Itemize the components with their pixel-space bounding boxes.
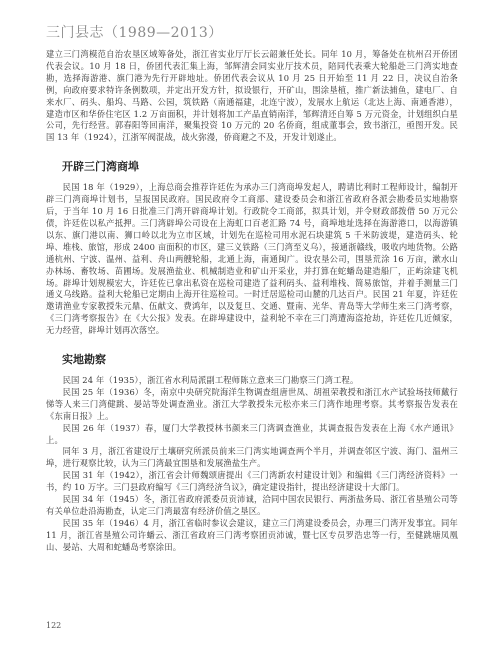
section-heading: 开辟三门湾商埠 — [62, 158, 458, 174]
page-body: 建立三门湾模范自治农垦区域筹备处，浙江省实业厅厅长云韶兼任处长。同年 10 月，… — [46, 49, 458, 554]
paragraph: 民国 26 年（1937）春，厦门大学教授林书颜来三门湾调查渔业，其调查报告发表… — [46, 423, 458, 447]
page-number: 122 — [46, 621, 61, 630]
paragraph: 民国 34 年（1945）冬，浙江省政府派委员贡沛诚，洽同中国农民银行、两浙盐务… — [46, 494, 458, 518]
section-field-survey: 实地勘察 民国 24 年（1935），浙江省水利局派副工程师陈立意来三门勘察三门… — [46, 351, 458, 554]
section-intro: 建立三门湾模范自治农垦区域筹备处，浙江省实业厅厅长云韶兼任处长。同年 10 月，… — [46, 49, 458, 144]
paragraph: 民国 31 年（1942），浙江省会计师魏颂唐提出《三门湾新农村建设计划》和编辑… — [46, 470, 458, 494]
paragraph: 民国 25 年（1936）冬，南京中央研究院海洋生物调查组唐世凤、胡祖荣教授和浙… — [46, 387, 458, 423]
paragraph: 同年 3 月，浙江省建设厅土壤研究所派员前来三门湾实地调查两个半月，并调查邻区宁… — [46, 446, 458, 470]
paragraph: 建立三门湾模范自治农垦区域筹备处，浙江省实业厅厅长云韶兼任处长。同年 10 月，… — [46, 49, 458, 144]
paragraph: 民国 35 年（1946）4 月，浙江省临时参议会建议，建立三门湾建设委员会，办… — [46, 518, 458, 554]
paragraph: 民国 18 年（1929），上海总商会推荐许廷佐为承办三门湾商埠发起人，聘请比利… — [46, 182, 458, 337]
section-heading: 实地勘察 — [62, 351, 458, 367]
section-commercial-port: 开辟三门湾商埠 民国 18 年（1929），上海总商会推荐许廷佐为承办三门湾商埠… — [46, 158, 458, 337]
running-header: 三门县志（1989—2013） — [46, 22, 223, 42]
paragraph: 民国 24 年（1935），浙江省水利局派副工程师陈立意来三门勘察三门湾工程。 — [46, 375, 458, 387]
